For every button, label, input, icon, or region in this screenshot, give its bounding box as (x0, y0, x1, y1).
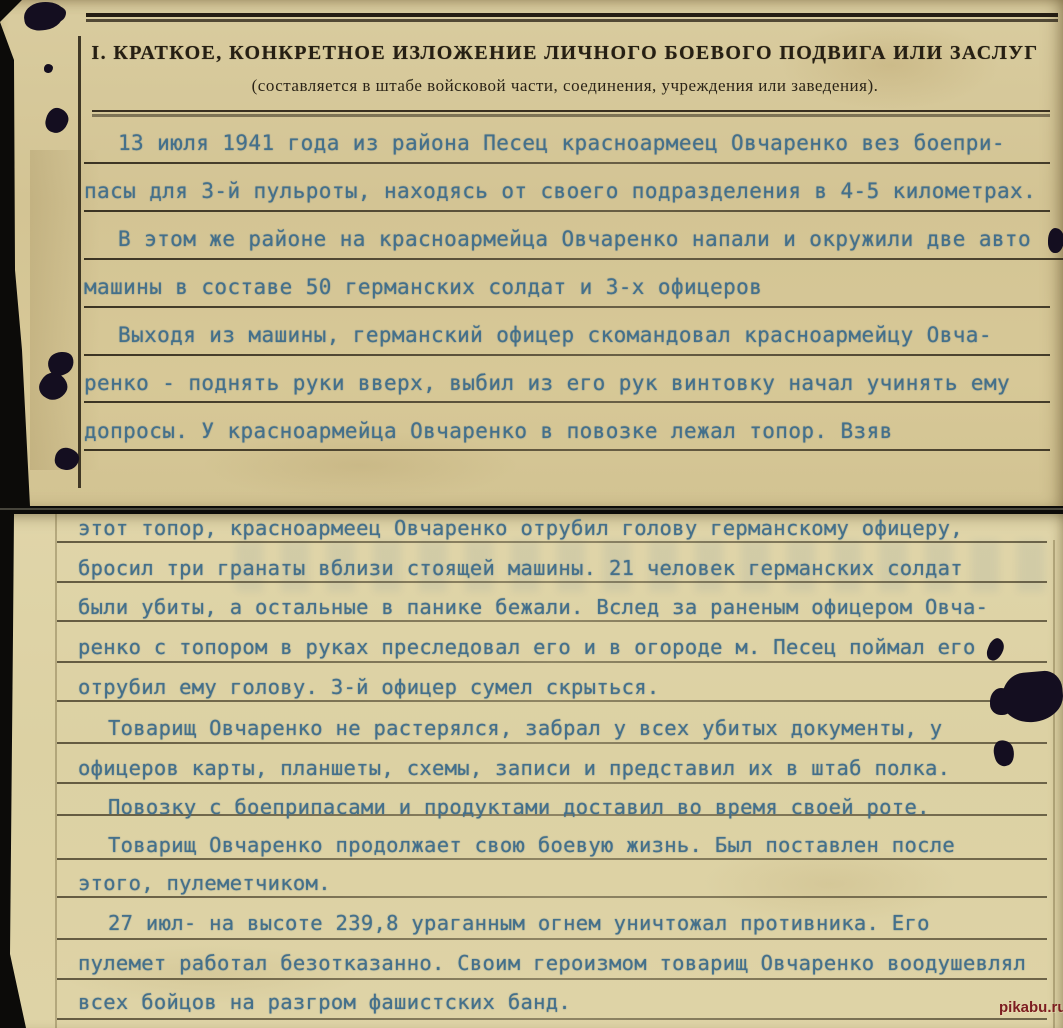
typed-line: бросил три гранаты вблизи стоящей машины… (78, 556, 963, 580)
typed-line: отрубил ему голову. 3-й офицер сумел скр… (78, 675, 660, 699)
ruled-line (57, 938, 1047, 940)
paper-stain (780, 20, 1000, 110)
typed-line: офицеров карты, планшеты, схемы, записи … (78, 756, 950, 780)
header-bottom-border (92, 110, 1050, 117)
scan-seam (0, 508, 1063, 510)
ruled-line (84, 401, 1050, 403)
typed-line: 13 июля 1941 года из района Песец красно… (118, 131, 1005, 155)
typed-line: этот топор, красноармеец Овчаренко отруб… (78, 516, 963, 540)
ruled-line (84, 306, 1050, 308)
section-title: I. КРАТКОЕ, КОНКРЕТНОЕ ИЗЛОЖЕНИЕ ЛИЧНОГО… (90, 42, 1040, 65)
ruled-line (57, 742, 1047, 744)
typed-line: были убиты, а остальные в панике бежали.… (78, 595, 988, 619)
header-top-border (86, 13, 1058, 22)
typed-line: всех бойцов на разгром фашистских банд. (78, 990, 571, 1014)
page-edge-crease (1053, 540, 1055, 1028)
ruled-line (57, 896, 1047, 898)
typed-line: машины в составе 50 германских солдат и … (84, 275, 762, 299)
typed-line: допросы. У красноармейца Овчаренко в пов… (84, 419, 893, 443)
typed-line: В этом же районе на красноармейца Овчаре… (118, 227, 1031, 251)
site-watermark: pikabu.ru (999, 999, 1063, 1016)
typed-line: Товарищ Овчаренко продолжает свою боевую… (108, 833, 955, 857)
typed-line: этого, пулеметчиком. (78, 871, 331, 895)
ruled-line (84, 258, 1063, 260)
ink-blot (1048, 228, 1063, 253)
ruled-line (57, 858, 1047, 860)
ruled-line (57, 661, 1047, 663)
scanned-document: I. КРАТКОЕ, КОНКРЕТНОЕ ИЗЛОЖЕНИЕ ЛИЧНОГО… (0, 0, 1063, 1028)
ruled-line (57, 782, 1047, 784)
page-crease (55, 514, 57, 1028)
typed-line: 27 июл- на высоте 239,8 ураганным огнем … (108, 911, 930, 935)
ruled-line (84, 162, 1050, 164)
typed-line: пасы для 3-й пульроты, находясь от своег… (84, 179, 1036, 203)
ruled-line (57, 978, 1047, 980)
left-margin-border (78, 36, 81, 488)
ruled-line (57, 581, 1047, 583)
typed-line: пулемет работал безотказанно. Своим геро… (78, 951, 1026, 975)
ruled-line (57, 700, 1047, 702)
typed-line: Товарищ Овчаренко не растерялся, забрал … (108, 716, 942, 740)
ruled-line (57, 541, 1047, 543)
typed-line: ренко с топором в руках преследовал его … (78, 635, 1001, 659)
ruled-line (84, 354, 1050, 356)
ruled-line (84, 449, 1050, 451)
typed-line: Выходя из машины, германский офицер ском… (118, 323, 992, 347)
ruled-line (84, 210, 1050, 212)
section-subtitle: (составляется в штабе войсковой части, с… (90, 76, 1040, 96)
typed-line: Повозку с боеприпасами и продуктами дост… (108, 795, 930, 819)
typed-line: ренко - поднять руки вверх, выбил из его… (84, 371, 1010, 395)
ruled-line (57, 620, 1047, 622)
ruled-line (57, 1018, 1047, 1020)
